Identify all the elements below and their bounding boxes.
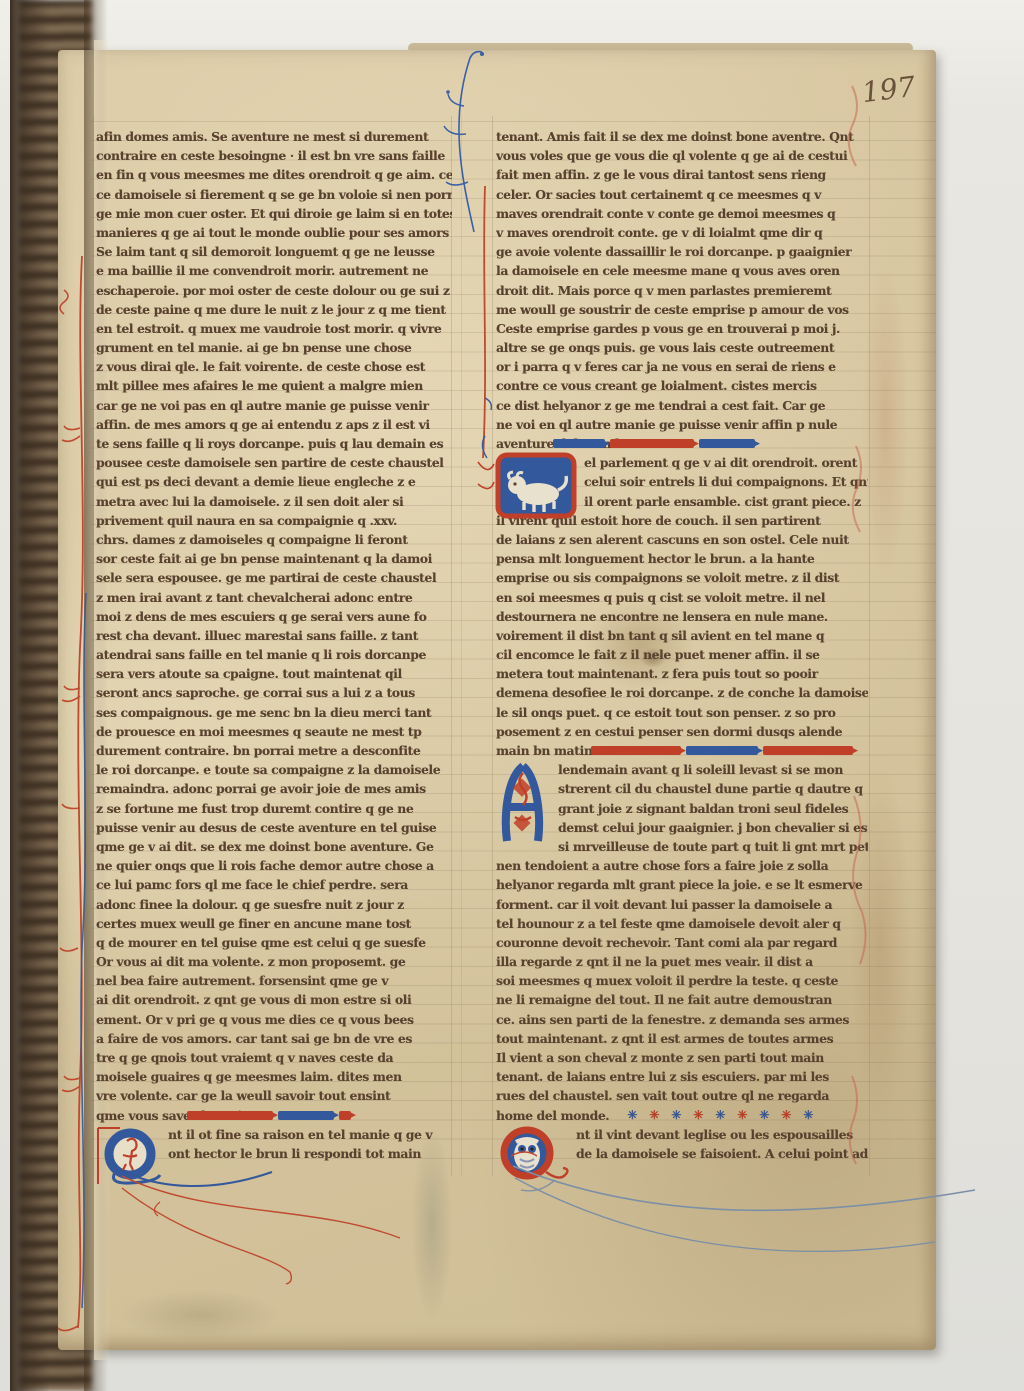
- manuscript-line: de laians z sen alerent cascuns en son o…: [496, 530, 868, 549]
- manuscript-line: durement contraire. bn porrai metre a de…: [96, 741, 452, 760]
- manuscript-line: pensa mlt longuement hector le brun. a l…: [496, 549, 868, 568]
- text-column-right: tenant. Amis fait il se dex me doinst bo…: [496, 127, 868, 1184]
- manuscript-line: aventure del monde: [496, 434, 548, 453]
- fleuron-icon: ✳: [759, 1108, 769, 1122]
- manuscript-line: celer. Or sacies tout certainemt q ce me…: [496, 185, 868, 204]
- manuscript-line: ses compaignous. ge me senc bn la dieu m…: [96, 703, 452, 722]
- manuscript-line: forment. car il voit devant lui passer l…: [496, 895, 868, 914]
- manuscript-line: main bn matin: [496, 741, 586, 760]
- manuscript-line: nt il ot fine sa raison en tel manie q g…: [168, 1125, 452, 1144]
- manuscript-line: el parlement q ge v ai dit orendroit. or…: [584, 453, 868, 472]
- decorated-initial-a-blue: A: [496, 761, 550, 837]
- manuscript-line: illa regarde z qnt il ne la puet mes vea…: [496, 952, 868, 971]
- fleuron-ornament: ✳: [693, 1106, 706, 1125]
- manuscript-line: contraire en ceste besoingne · il est bn…: [96, 146, 452, 165]
- manuscript-line: tenant. Amis fait il se dex me doinst bo…: [496, 127, 868, 146]
- manuscript-line: vre volente. car ge la weull savoir tout…: [96, 1086, 452, 1105]
- manuscript-line: tout maintenant. z qnt il est armes de t…: [496, 1029, 868, 1048]
- fleuron-ornament: ✳: [803, 1106, 816, 1125]
- right-column-lines-1: tenant. Amis fait il se dex me doinst bo…: [496, 127, 868, 434]
- manuscript-line: ement. Or v pri ge q vous me dies ce q v…: [96, 1010, 452, 1029]
- fleuron-icon: ✳: [715, 1108, 725, 1122]
- manuscript-line: posement z en cestui penser sen dormi du…: [496, 722, 868, 741]
- manuscript-line: demena desofiee le roi dorcanpe. z de co…: [496, 683, 868, 702]
- manuscript-line: a faire de vos amors. car tant sai ge bn…: [96, 1029, 452, 1048]
- fleuron-ornament: ✳: [737, 1106, 750, 1125]
- manuscript-line: puisse venir au desus de ceste aventure …: [96, 818, 452, 837]
- fleuron-icon: ✳: [627, 1108, 637, 1122]
- line-filler-segment: [187, 1111, 273, 1120]
- fleuron-icon: ✳: [781, 1108, 791, 1122]
- initial-paragraph-lines: lendemain avant q li soleill levast si s…: [496, 760, 868, 837]
- right-column-lines-2: pensa mlt longuement hector le brun. a l…: [496, 549, 868, 741]
- right-edge-offset-marks: [838, 66, 880, 1186]
- manuscript-line: ne quier onqs que li rois fache demor au…: [96, 856, 452, 875]
- fleuron-icon: ✳: [671, 1108, 681, 1122]
- fleuron-icon: ✳: [693, 1108, 703, 1122]
- right-column-lines-3: si mrveilleuse de toute part q tuit li g…: [496, 837, 868, 1106]
- line-filler-segment: [699, 439, 755, 448]
- manuscript-line: home del monde.: [496, 1108, 609, 1123]
- manuscript-line: si mrveilleuse de toute part q tuit li g…: [558, 837, 868, 856]
- manuscript-line: ge mie mon cuer oster. Et qui diroie ge …: [96, 204, 452, 223]
- manuscript-line: q de mourer en tel guise qme est celui q…: [96, 933, 452, 952]
- ruling-vertical: [461, 116, 462, 1176]
- fleuron-ornament: ✳: [715, 1106, 728, 1125]
- manuscript-line: sera vers atoute sa cpaigne. tout mainte…: [96, 664, 452, 683]
- manuscript-line: rues del chaustel. sen vait tout outre q…: [496, 1086, 868, 1105]
- fleuron-icon: ✳: [803, 1108, 813, 1122]
- initial-q-owl-tail-flourish: [505, 1150, 1005, 1290]
- manuscript-line: grument en tel manie. ai ge bn pense une…: [96, 338, 452, 357]
- manuscript-line: nel bea faire autrement. forsensint qme …: [96, 971, 452, 990]
- manuscript-line: moisele guaires q ge meesmes laim. dites…: [96, 1067, 452, 1086]
- manuscript-line: z vous dirai qle. le fait voirente. de c…: [96, 357, 452, 376]
- manuscript-line: fait men affin. z ge le vous dirai tanto…: [496, 165, 868, 184]
- manuscript-line: soi meesmes q muex voloit il perdre la t…: [496, 971, 868, 990]
- fleuron-row: home del monde. ✳✳✳✳✳✳✳✳✳: [496, 1106, 868, 1125]
- line-filler-segment: [591, 746, 681, 755]
- manuscript-line: manieres q ge ai tout le monde oublie po…: [96, 223, 452, 242]
- manuscript-line: eschaperoie. por moi oster de ceste dolo…: [96, 281, 452, 300]
- manuscript-line: ne voi en ql autre manie ge puisse venir…: [496, 415, 868, 434]
- left-margin-flourish: [52, 248, 96, 1352]
- text-column-left: afin domes amis. Se aventure ne mest si …: [96, 127, 452, 1186]
- manuscript-line: le sil onqs puet. q ce estoit tout son p…: [496, 703, 868, 722]
- manuscript-line: nt il vint devant leglise ou les espousa…: [576, 1125, 868, 1144]
- manuscript-line: tel hounour z a tel feste qme damoisele …: [496, 914, 868, 933]
- manuscript-line: il orent parle ensamble. cist grant piec…: [584, 492, 868, 511]
- manuscript-line: sele sera espousee. ge me partirai de ce…: [96, 568, 452, 587]
- initial-q1-tail-flourish: [100, 1146, 440, 1296]
- fleuron-icon: ✳: [649, 1108, 659, 1122]
- manuscript-line: altre se ge onqs puis. ge vous lais cest…: [496, 338, 868, 357]
- manuscript-line: seront ancs saproche. ge corrai sus a lu…: [96, 683, 452, 702]
- manuscript-line: en soi meesmes q puis q cist se voloit m…: [496, 588, 868, 607]
- manuscript-line: cil encomce le fait z il nele puet mener…: [496, 645, 868, 664]
- manuscript-line: pousee ceste damoisele sen partire de ce…: [96, 453, 452, 472]
- manuscript-line: chrs. dames z damoiseles q compaigne li …: [96, 530, 452, 549]
- manuscript-line: vous voles que ge vous die ql volente q …: [496, 146, 868, 165]
- manuscript-line: mlt pillee mes afaires le me quient a ma…: [96, 376, 452, 395]
- left-column-lines: afin domes amis. Se aventure ne mest si …: [96, 127, 452, 1106]
- decorated-initial-c-lion: C: [496, 454, 576, 510]
- manuscript-line: afin domes amis. Se aventure ne mest si …: [96, 127, 452, 146]
- initial-paragraph-a: A lendemain avant q li soleill levast si…: [496, 760, 868, 837]
- manuscript-line: tenant. de laians entre lui z sis escuie…: [496, 1067, 868, 1086]
- manuscript-line: adonc finee la dolour. q ge suesfre nuit…: [96, 895, 452, 914]
- manuscript-line: couronne devoit rechevoir. Tant comi ala…: [496, 933, 868, 952]
- manuscript-line: droit dit. Mais porce q v men parlastes …: [496, 281, 868, 300]
- line-with-filler: qme vous saves la moie: [96, 1106, 452, 1125]
- manuscript-line: qme ge v ai dit. se dex me doinst bone a…: [96, 837, 452, 856]
- manuscript-line: de prouesce en moi meesmes q seaute ne m…: [96, 722, 452, 741]
- manuscript-line: metra avec lui la damoisele. z il sen do…: [96, 492, 452, 511]
- lion-initial-art: [496, 454, 576, 518]
- line-filler-segment: [610, 439, 694, 448]
- manuscript-line: remaindra. adonc porrai ge avoir joie de…: [96, 779, 452, 798]
- gutter-shadow: [10, 0, 50, 1391]
- manuscript-line: ge avoie volente dassaillir le roi dorca…: [496, 242, 868, 261]
- manuscript-line: tre q ge qnois tout vraiemt q v naves ce…: [96, 1048, 452, 1067]
- fleuron-ornament: ✳: [671, 1106, 684, 1125]
- manuscript-line: e ma baillie il me convendroit morir. au…: [96, 261, 452, 280]
- manuscript-line: contre ce vous creant ge loialment. cist…: [496, 376, 868, 395]
- fleuron-ornament: ✳: [781, 1106, 794, 1125]
- manuscript-line: te sens faille q li roys dorcanpe. puis …: [96, 434, 452, 453]
- manuscript-line: rest cha devant. illuec marestai sans fa…: [96, 626, 452, 645]
- manuscript-photo: { "page": { "folio_number": "197", "parc…: [0, 0, 1024, 1391]
- line-filler-segment: [339, 1111, 351, 1120]
- line-filler-segment: [686, 746, 758, 755]
- manuscript-line: strerent cil du chaustel dune partie q d…: [558, 779, 868, 798]
- line-filler-segment: [553, 439, 605, 448]
- fleuron-ornament: ✳: [627, 1106, 640, 1125]
- fleuron-ornament: ✳: [649, 1106, 662, 1125]
- foliate-initial-a-art: [496, 761, 550, 845]
- manuscript-line: ce lui pamc fors ql me face le chief per…: [96, 875, 452, 894]
- manuscript-line: z se fortune me fust trop duremt contire…: [96, 799, 452, 818]
- manuscript-line: emprise ou sis compaignons se voloit met…: [496, 568, 868, 587]
- line-filler-segment: [278, 1111, 334, 1120]
- manuscript-line: en tel estroit. q muex me vaudroie tost …: [96, 319, 452, 338]
- manuscript-line: ce dist helyanor z ge me tendrai a cest …: [496, 396, 868, 415]
- manuscript-line: Or vous ai dit ma volente. z mon propose…: [96, 952, 452, 971]
- manuscript-line: Il vient a son cheval z monte z sen part…: [496, 1048, 868, 1067]
- manuscript-line: nen tendoient a autre chose fors a faire…: [496, 856, 868, 875]
- manuscript-line: sor ceste fait ai ge bn pense maintenant…: [96, 549, 452, 568]
- manuscript-line: ce damoisele si fierement q se ge bn vol…: [96, 185, 452, 204]
- manuscript-line: demst celui jour gaaignier. j bon cheval…: [558, 818, 868, 837]
- manuscript-line: la damoisele en cele meesme mane q vous …: [496, 261, 868, 280]
- line-with-filler: main bn matin: [496, 741, 868, 760]
- initial-paragraph-c-lion: C el parlement q ge v ai dit orendroit. …: [496, 453, 868, 549]
- manuscript-line: Ceste emprise gardes p vous ge en trouve…: [496, 319, 868, 338]
- manuscript-line: metera tout maintenant. z fera puis tout…: [496, 664, 868, 683]
- manuscript-line: helyanor regarda mlt grant piece la joie…: [496, 875, 868, 894]
- manuscript-line: ai dit orendroit. z qnt ge vous di mon e…: [96, 990, 452, 1009]
- manuscript-line: lendemain avant q li soleill levast si s…: [558, 760, 868, 779]
- manuscript-line: de ceste paine q me dure le nuit z le jo…: [96, 300, 452, 319]
- manuscript-line: moi z dens de mes escuiers q ge serai ve…: [96, 607, 452, 626]
- line-with-filler: aventure del monde: [496, 434, 868, 453]
- fleuron-ornament: ✳: [759, 1106, 772, 1125]
- manuscript-line: me woull ge soustrir de ceste emprise p …: [496, 300, 868, 319]
- manuscript-line: z men irai avant z tant chevalcherai ado…: [96, 588, 452, 607]
- manuscript-line: Se laim tant q sil demoroit longuemt q g…: [96, 242, 452, 261]
- manuscript-line: qme vous saves la moie: [96, 1106, 182, 1125]
- manuscript-line: or i parra q v feres car ja ne vous en s…: [496, 357, 868, 376]
- manuscript-line: qui est ps deci devant a demie lieue eng…: [96, 472, 452, 491]
- manuscript-line: grant joie z signant baldan troni seul f…: [558, 799, 868, 818]
- manuscript-line: voirement il dist bn tant q sil avient e…: [496, 626, 868, 645]
- manuscript-line: ne li remaigne del tout. Il ne fait autr…: [496, 990, 868, 1009]
- manuscript-line: celui soir entrels li dui compaignons. E…: [584, 472, 868, 491]
- manuscript-line: le roi dorcanpe. e toute sa compaigne z …: [96, 760, 452, 779]
- manuscript-line: ce. ains sen parti de la fenestre. z dem…: [496, 1010, 868, 1029]
- manuscript-line: car ge ne voi pas en ql autre manie ge p…: [96, 396, 452, 415]
- fleuron-icon: ✳: [737, 1108, 747, 1122]
- manuscript-line: destournera ne encontre ne lensera en nu…: [496, 607, 868, 626]
- manuscript-line: v maves orendroit conte. ge v di loialmt…: [496, 223, 868, 242]
- manuscript-line: atendrai sans faille en tel manie q li r…: [96, 645, 452, 664]
- manuscript-line: certes muex weull ge finer en ancune man…: [96, 914, 452, 933]
- intercolumn-red-line: [477, 186, 493, 462]
- manuscript-line: maves orendrait conte v conte ge demoi m…: [496, 204, 868, 223]
- manuscript-line: en fin q vous meesmes me dites orendroit…: [96, 165, 452, 184]
- manuscript-line: privement quil naura en sa compaignie q …: [96, 511, 452, 530]
- manuscript-line: affin. de mes amors q ge ai entendu z ap…: [96, 415, 452, 434]
